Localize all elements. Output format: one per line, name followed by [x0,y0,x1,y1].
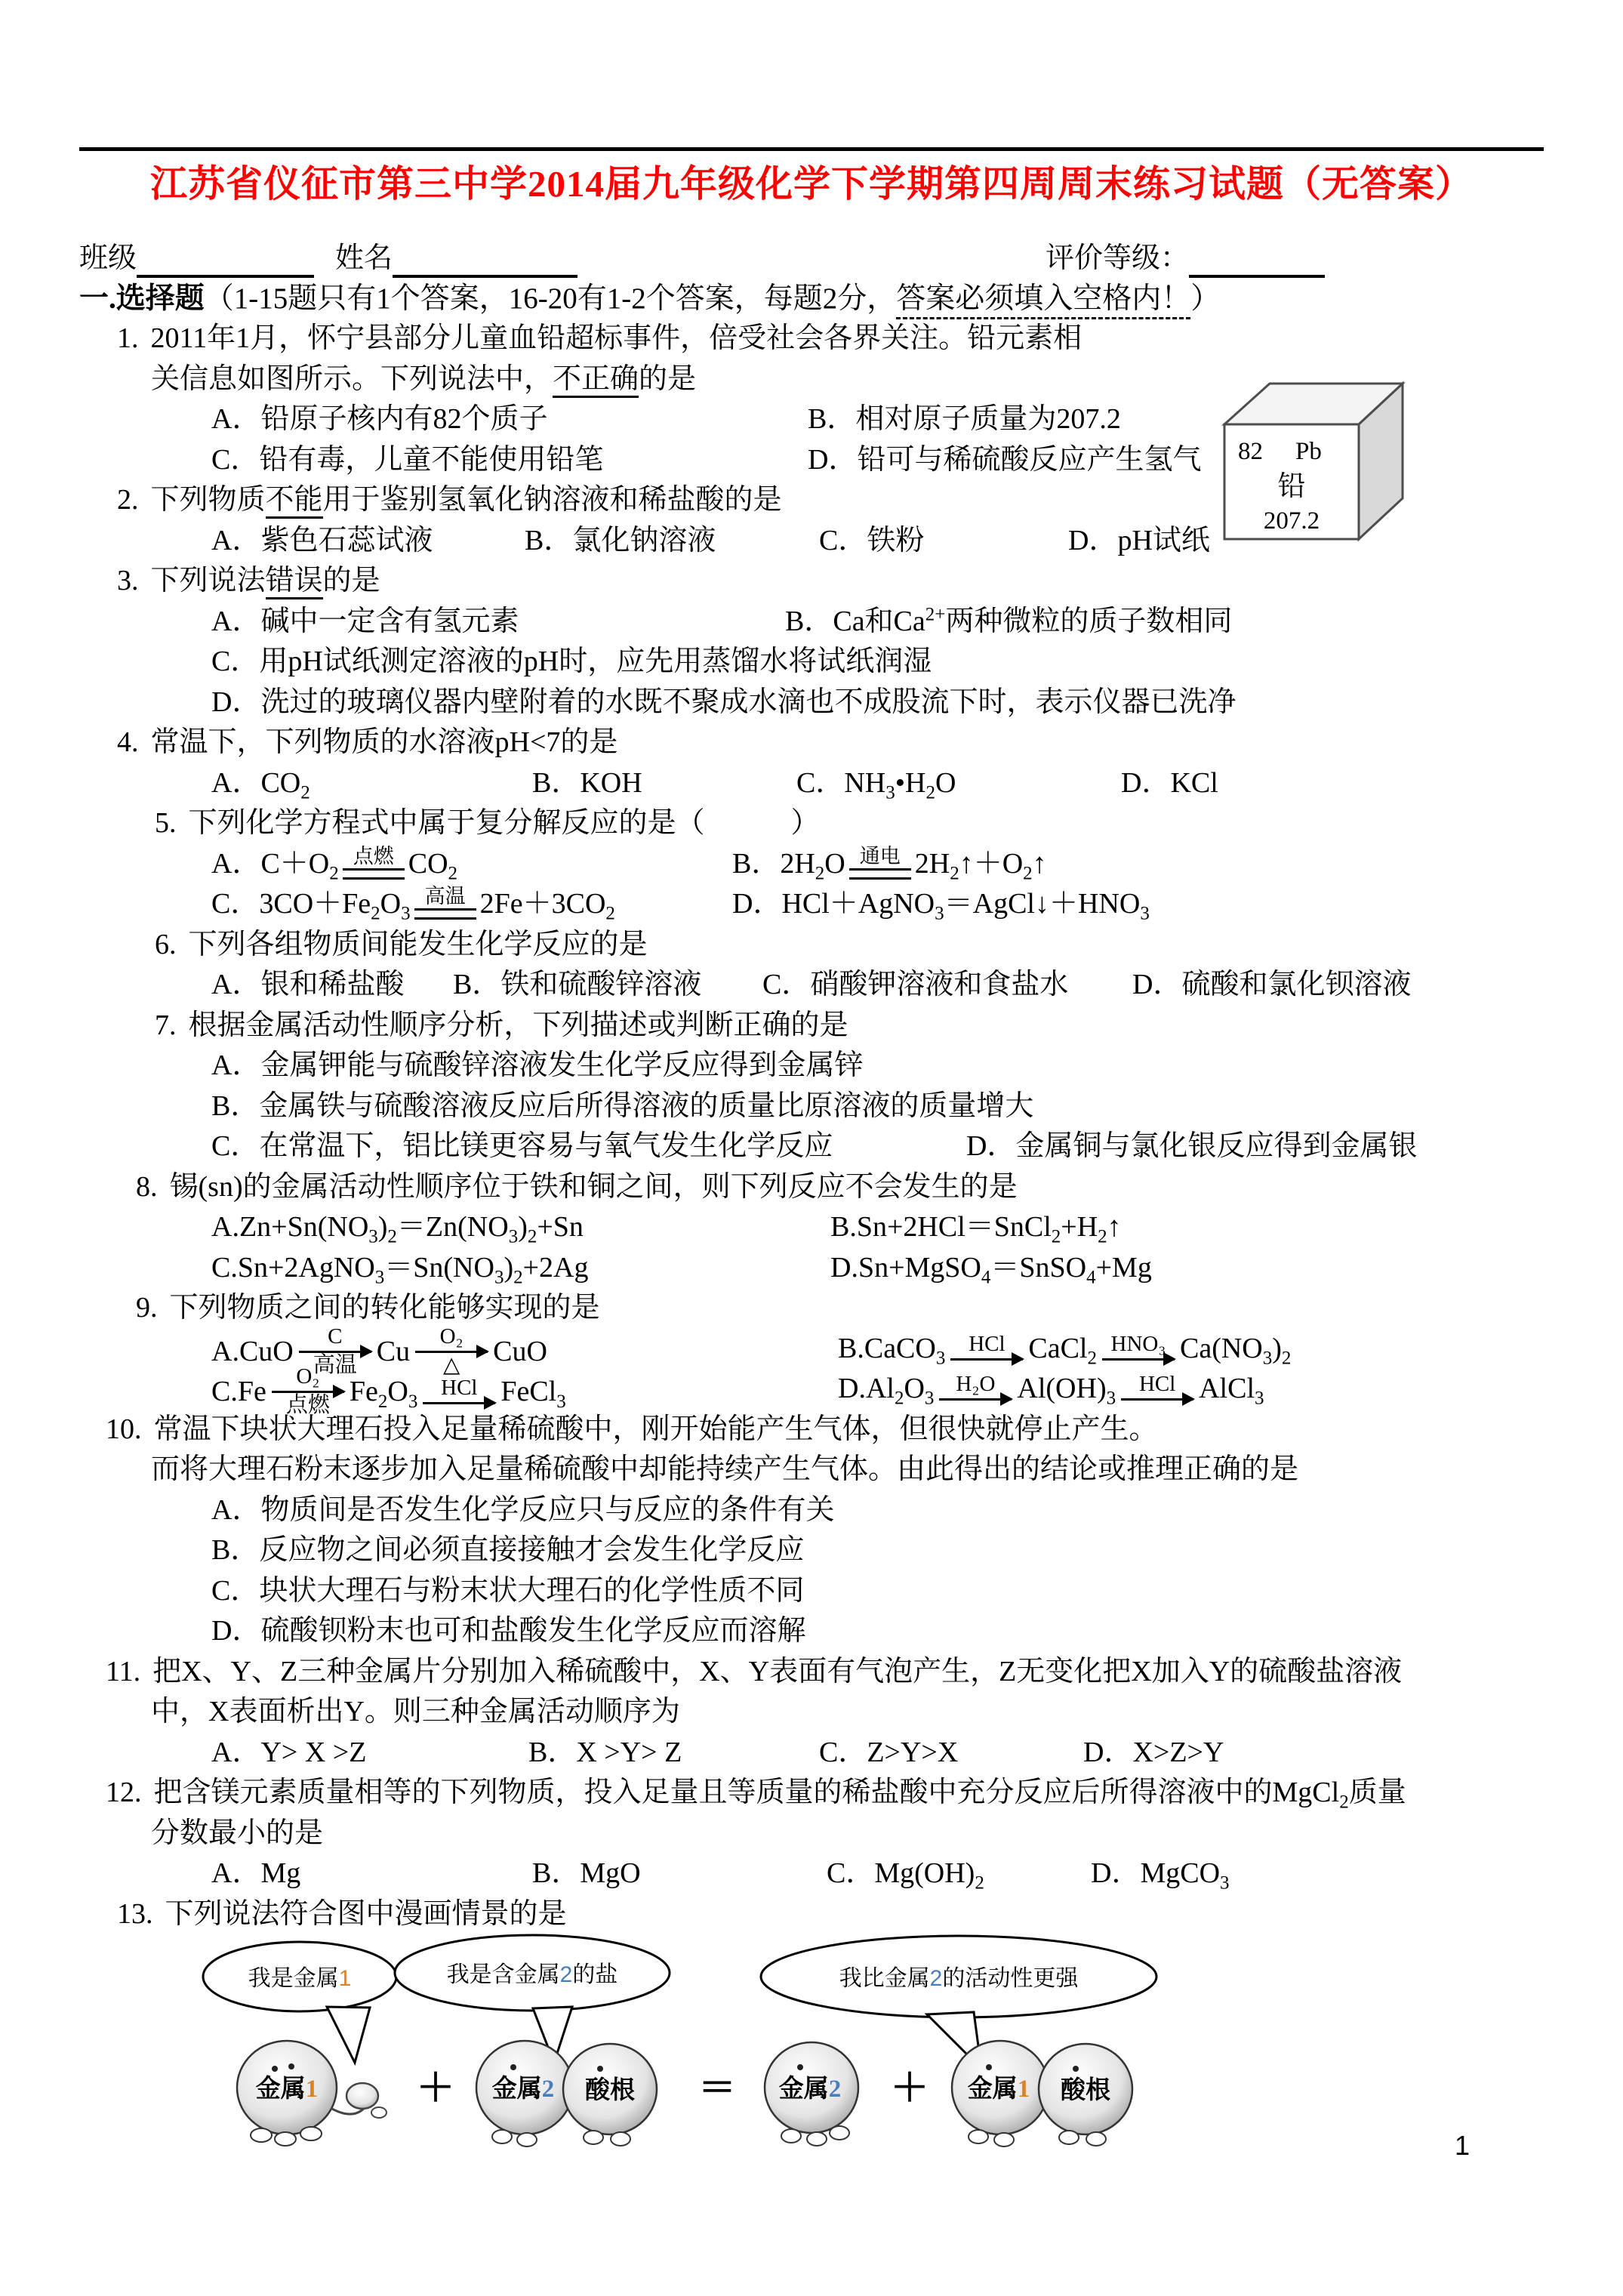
question-number: 12. [106,1777,142,1808]
svg-text:金属2: 金属2 [492,2075,555,2103]
question-7-option-0: B．金属铁与硫酸溶液反应后所得溶液的质量比原溶液的质量增大 [211,1086,1033,1127]
question-10-option-0: B．反应物之间必须直接接触才会发生化学反应 [211,1530,804,1571]
question-5-option-0: A．C＋O2点燃CO2 [211,844,732,885]
question-11-option-0: A．Y> X >Z [211,1733,528,1774]
blob-acid-radical-1: 酸根 [563,2044,657,2146]
svg-text:金属1: 金属1 [968,2075,1030,2103]
question-2-option-0: A．紫色石蕊试液 [211,521,525,562]
question-6-options-0: A．银和稀盐酸B．铁和硫酸锌溶液C．硝酸钾溶液和食盐水D．硫酸和氯化钡溶液 [79,965,1544,1006]
reaction-arrow: H₂O [939,1373,1012,1402]
question-12: 12.把含镁元素质量相等的下列物质，投入足量且等质量的稀盐酸中充分反应后所得溶液… [79,1773,1544,1894]
page-number: 1 [1455,2126,1470,2165]
question-number: 10. [106,1413,142,1445]
question-12-stem-1: 分数最小的是 [79,1814,1544,1854]
svg-text:我是金属1: 我是金属1 [248,1966,352,1991]
question-9-option-0: C.FeO₂点燃Fe2O3HClFeCl3 [211,1369,838,1410]
reaction-arrow: HCl [1121,1373,1193,1402]
question-4-option-1: B．KOH [532,763,796,804]
question-8-options-0: A.Zn+Sn(NO3)2＝Zn(NO3)2+SnB.Sn+2HCl＝SnCl2… [79,1207,1544,1248]
question-4: 4.常温下，下列物质的水溶液pH<7的是A．CO2B．KOHC．NH3•H2OD… [79,723,1544,803]
question-number: 6. [155,929,177,960]
name-label: 姓名 [335,239,393,278]
question-8-option-0: A.Zn+Sn(NO3)2＝Zn(NO3)2+Sn [211,1207,830,1248]
exam-page: 江苏省仪征市第三中学2014届九年级化学下学期第四周周末练习试题（无答案） 班级… [0,0,1623,2296]
class-blank[interactable] [137,243,314,278]
question-6-stem-0: 6.下列各组物质间能发生化学反应的是 [79,925,1544,966]
reaction-condition-equals: 通电 [849,846,911,880]
element-cube: 82 Pb 铅 207.2 [1217,378,1406,547]
question-9-option-0: A.CuOC高温CuO₂△CuO [211,1329,838,1370]
question-4-option-2: C．NH3•H2O [796,763,1121,804]
svg-text:金属2: 金属2 [779,2075,842,2103]
question-6-option-2: C．硝酸钾溶液和食盐水 [762,965,1132,1006]
question-7: 7.根据金属活动性顺序分析，下列描述或判断正确的是A．金属钾能与硫酸锌溶液发生化… [79,1006,1544,1167]
question-7-options-0: A．金属钾能与硫酸锌溶液发生化学反应得到金属锌 [79,1046,1544,1086]
question-3-option-1: B．Ca和Ca2+两种微粒的质子数相同 [785,602,1232,643]
grade-blank[interactable] [1189,243,1325,278]
question-9-options-0: A.CuOC高温CuO₂△CuOB.CaCO3HClCaCl2HNO₃Ca(NO… [79,1329,1544,1370]
blob-mini-creature [331,2083,387,2118]
question-5-options-0: A．C＋O2点燃CO2B．2H2O通电2H2↑＋O2↑ [79,844,1544,885]
question-8: 8.锡(sn)的金属活动性顺序位于铁和铜之间，则下列反应不会发生的是A.Zn+S… [79,1167,1544,1289]
reaction-arrow: HNO₃ [1102,1333,1175,1362]
question-1-option-0: A．铅原子核内有82个质子 [211,399,808,440]
question-list: 1.2011年1月，怀宁县部分儿童血铅超标事件，倍受社会各界关注。铅元素相关信息… [79,319,1544,1934]
question-12-option-3: D．MgCO3 [1091,1854,1230,1894]
question-9-option-1: B.CaCO3HClCaCl2HNO₃Ca(NO3)2 [838,1329,1291,1370]
reaction-condition-equals: 点燃 [343,846,405,880]
equals-sign: ＝ [698,2066,736,2109]
meta-row: 班级 姓名 评价等级： [79,239,1544,278]
svg-text:酸根: 酸根 [585,2076,635,2104]
question-11-options-0: A．Y> X >ZB．X >Y> ZC．Z>Y>XD．X>Z>Y [79,1733,1544,1774]
question-5-stem-0: 5.下列化学方程式中属于复分解反应的是（ ） [79,803,1544,844]
question-10-option-0: A．物质间是否发生化学反应只与反应的条件有关 [211,1490,834,1531]
question-7-option-0: C．在常温下，铝比镁更容易与氧气发生化学反应 [211,1126,966,1167]
question-11: 11.把X、Y、Z三种金属片分别加入稀硫酸中，X、Y表面有气泡产生，Z无变化把X… [79,1652,1544,1774]
question-6-option-3: D．硫酸和氯化钡溶液 [1132,965,1411,1006]
page-content: 江苏省仪征市第三中学2014届九年级化学下学期第四周周末练习试题（无答案） 班级… [79,0,1544,1934]
question-9-option-1: D.Al2O3H₂OAl(OH)3HClAlCl3 [838,1369,1264,1410]
question-number: 1. [117,322,139,354]
blob-acid-radical-2: 酸根 [1039,2044,1132,2146]
question-2-option-2: C．铁粉 [819,521,1068,562]
question-8-option-0: C.Sn+2AgNO3＝Sn(NO3)2+2Ag [211,1248,830,1289]
question-3-stem-0: 3.下列说法错误的是 [79,561,1544,602]
question-2-option-1: B．氯化钠溶液 [525,521,819,562]
blob-metal1: 金属1 [237,2041,337,2146]
question-3-option-0: A．碱中一定含有氢元素 [211,602,785,643]
question-number: 8. [136,1171,158,1203]
plus-sign-1: ＋ [417,2066,454,2109]
svg-text:我是含金属2的盐: 我是含金属2的盐 [447,1962,618,1987]
reaction-arrow: O₂点燃 [272,1366,344,1416]
question-4-stem-0: 4.常温下，下列物质的水溶液pH<7的是 [79,723,1544,763]
question-12-stem-0: 12.把含镁元素质量相等的下列物质，投入足量且等质量的稀盐酸中充分反应后所得溶液… [79,1773,1544,1814]
question-10-options-2: C．块状大理石与粉末状大理石的化学性质不同 [79,1571,1544,1612]
question-6-option-0: A．银和稀盐酸 [211,965,453,1006]
question-3-options-0: A．碱中一定含有氢元素B．Ca和Ca2+两种微粒的质子数相同 [79,602,1544,643]
question-number: 3. [117,565,139,596]
question-10-stem-1: 而将大理石粉末逐步加入足量稀硫酸中却能持续产生气体。由此得出的结论或推理正确的是 [79,1450,1544,1490]
question-7-option-1: D．金属铜与氯化银反应得到金属银 [966,1126,1417,1167]
question-7-stem-0: 7.根据金属活动性顺序分析，下列描述或判断正确的是 [79,1006,1544,1046]
question-12-option-0: A．Mg [211,1854,532,1894]
blob-metal2-salt: 金属2 [476,2041,573,2147]
question-12-options-0: A．MgB．MgOC．Mg(OH)2D．MgCO3 [79,1854,1544,1894]
reaction-arrow: HCl [423,1377,495,1406]
question-1-option-1: B．相对原子质量为207.2 [808,399,1121,440]
header-rule [79,147,1544,151]
question-12-option-1: B．MgO [532,1854,827,1894]
question-4-option-0: A．CO2 [211,763,532,804]
svg-text:我比金属2的活动性更强: 我比金属2的活动性更强 [839,1966,1079,1991]
reaction-arrow: HCl [950,1333,1023,1362]
question-4-option-3: D．KCl [1121,763,1218,804]
question-5: 5.下列化学方程式中属于复分解反应的是（ ）A．C＋O2点燃CO2B．2H2O通… [79,803,1544,925]
question-11-option-3: D．X>Z>Y [1083,1733,1224,1774]
question-11-option-2: C．Z>Y>X [819,1733,1083,1774]
svg-text:金属1: 金属1 [256,2075,319,2103]
reaction-arrow: O₂△ [415,1326,488,1376]
question-2-option-3: D．pH试纸 [1068,521,1210,562]
question-5-option-1: D．HCl＋AgNO3＝AgCl↓＋HNO3 [732,884,1150,925]
svg-text:酸根: 酸根 [1061,2076,1110,2104]
question-3-option-0: C．用pH试纸测定溶液的pH时，应先用蒸馏水将试纸润湿 [211,642,932,683]
question-3-options-2: D．洗过的玻璃仪器内壁附着的水既不聚成水滴也不成股流下时，表示仪器已洗净 [79,683,1544,723]
question-number: 4. [117,726,139,758]
question-9-stem-0: 9.下列物质之间的转化能够实现的是 [79,1288,1544,1329]
question-9-options-1: C.FeO₂点燃Fe2O3HClFeCl3D.Al2O3H₂OAl(OH)3HC… [79,1369,1544,1410]
question-12-option-2: C．Mg(OH)2 [827,1854,1091,1894]
question-7-option-0: A．金属钾能与硫酸锌溶液发生化学反应得到金属锌 [211,1046,863,1086]
question-3-option-0: D．洗过的玻璃仪器内壁附着的水既不聚成水滴也不成股流下时，表示仪器已洗净 [211,683,1236,723]
cartoon-figure: 我是金属1 我是含金属2的盐 我比金属2的活动性更强 [113,1933,1208,2152]
question-4-options-0: A．CO2B．KOHC．NH3•H2OD．KCl [79,763,1544,804]
element-symbol: Pb [1295,438,1322,465]
question-number: 7. [155,1009,177,1041]
question-1-stem-0: 1.2011年1月，怀宁县部分儿童血铅超标事件，倍受社会各界关注。铅元素相 [79,319,1544,359]
question-6-option-1: B．铁和硫酸锌溶液 [453,965,762,1006]
question-5-option-0: C．3CO＋Fe2O3高温2Fe＋3CO2 [211,884,732,925]
question-number: 11. [106,1656,140,1687]
question-10-option-0: C．块状大理石与粉末状大理石的化学性质不同 [211,1571,804,1612]
question-10-options-1: B．反应物之间必须直接接触才会发生化学反应 [79,1530,1544,1571]
question-10: 10.常温下块状大理石投入足量稀硫酸中，刚开始能产生气体，但很快就停止产生。而将… [79,1410,1544,1652]
question-8-option-1: B.Sn+2HCl＝SnCl2+H2↑ [830,1207,1122,1248]
page-title: 江苏省仪征市第三中学2014届九年级化学下学期第四周周末练习试题（无答案） [79,157,1544,211]
blob-metal1-salt: 金属1 [952,2041,1049,2147]
plus-sign-2: ＋ [891,2066,929,2109]
question-3-options-1: C．用pH试纸测定溶液的pH时，应先用蒸馏水将试纸润湿 [79,642,1544,683]
element-name: 铅 [1278,471,1306,502]
section-header: 一.选择题（1-15题只有1个答案，16-20有1-2个答案，每题2分，答案必须… [79,279,1544,319]
name-blank[interactable] [393,243,577,278]
question-8-option-1: D.Sn+MgSO4＝SnSO4+Mg [830,1248,1152,1289]
question-11-stem-1: 中，X表面析出Y。则三种金属活动顺序为 [79,1692,1544,1733]
question-10-option-0: D．硫酸钡粉末也可和盐酸发生化学反应而溶解 [211,1611,805,1652]
question-9: 9.下列物质之间的转化能够实现的是A.CuOC高温CuO₂△CuOB.CaCO3… [79,1288,1544,1410]
question-8-options-1: C.Sn+2AgNO3＝Sn(NO3)2+2AgD.Sn+MgSO4＝SnSO4… [79,1248,1544,1289]
question-1-option-1: D．铅可与稀硫酸反应产生氢气 [808,440,1201,481]
atomic-mass: 207.2 [1264,507,1320,535]
question-8-stem-0: 8.锡(sn)的金属活动性顺序位于铁和铜之间，则下列反应不会发生的是 [79,1167,1544,1208]
question-11-option-1: B．X >Y> Z [528,1733,819,1774]
question-1-option-0: C．铅有毒，儿童不能使用铅笔 [211,440,808,481]
blob-metal2-free: 金属2 [765,2042,858,2146]
atomic-number: 82 [1238,438,1263,465]
question-number: 9. [136,1292,158,1324]
question-7-options-2: C．在常温下，铝比镁更容易与氧气发生化学反应D．金属铜与氯化银反应得到金属银 [79,1126,1544,1167]
question-10-options-0: A．物质间是否发生化学反应只与反应的条件有关 [79,1490,1544,1531]
class-label: 班级 [79,239,137,278]
reaction-condition-equals: 高温 [414,886,476,920]
question-number: 2. [117,484,139,516]
question-13: 13.下列说法符合图中漫画情景的是 [79,1894,1544,1935]
question-10-options-3: D．硫酸钡粉末也可和盐酸发生化学反应而溶解 [79,1611,1544,1652]
question-5-option-1: B．2H2O通电2H2↑＋O2↑ [732,844,1047,885]
question-11-stem-0: 11.把X、Y、Z三种金属片分别加入稀硫酸中，X、Y表面有气泡产生，Z无变化把X… [79,1652,1544,1693]
question-3: 3.下列说法错误的是A．碱中一定含有氢元素B．Ca和Ca2+两种微粒的质子数相同… [79,561,1544,723]
bubble-tail [327,2007,370,2063]
question-6: 6.下列各组物质间能发生化学反应的是A．银和稀盐酸B．铁和硫酸锌溶液C．硝酸钾溶… [79,925,1544,1006]
question-number: 13. [117,1898,153,1930]
question-13-stem-0: 13.下列说法符合图中漫画情景的是 [79,1894,1544,1935]
question-7-options-1: B．金属铁与硫酸溶液反应后所得溶液的质量比原溶液的质量增大 [79,1086,1544,1127]
question-5-options-1: C．3CO＋Fe2O3高温2Fe＋3CO2D．HCl＋AgNO3＝AgCl↓＋H… [79,884,1544,925]
question-number: 5. [155,807,177,839]
grade-label: 评价等级： [1046,239,1189,278]
